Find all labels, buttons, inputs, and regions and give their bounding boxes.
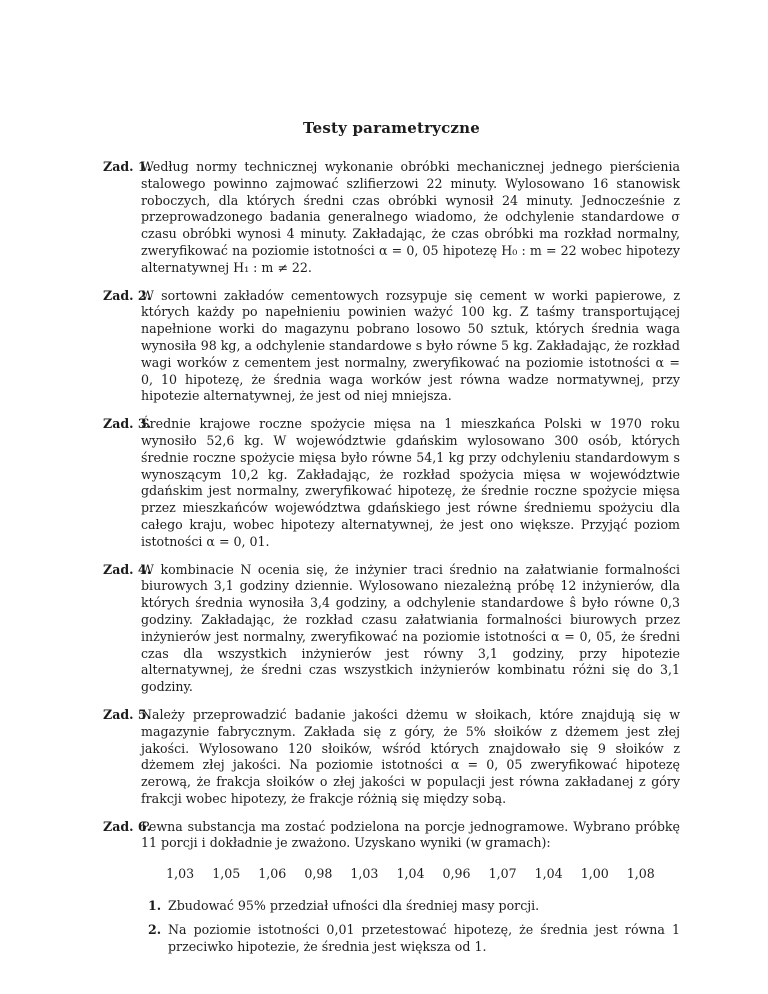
problem-text: Pewna substancja ma zostać podzielona na… (141, 819, 680, 851)
problem-label: Zad. 1. (103, 159, 151, 176)
problem-label: Zad. 4. (103, 562, 151, 579)
problem-item-6: Zad. 6. Pewna substancja ma zostać podzi… (103, 819, 680, 853)
measurement-value: 1,04 (396, 866, 424, 883)
measurement-value: 1,08 (627, 866, 655, 883)
problem-label: Zad. 5. (103, 707, 151, 724)
subtask-label: 1. (148, 898, 161, 915)
problem-item-5: Zad. 5. Należy przeprowadzić badanie jak… (103, 707, 680, 808)
measurement-value: 0,98 (304, 866, 332, 883)
problem-text: Średnie krajowe roczne spożycie mięsa na… (141, 416, 680, 549)
page-title: Testy parametryczne (103, 119, 680, 137)
subtask-text: Na poziomie istotności 0,01 przetestować… (168, 922, 680, 954)
measurement-value: 1,07 (489, 866, 517, 883)
problem-item-4: Zad. 4. W kombinacie N ocenia się, że in… (103, 562, 680, 696)
document-page: Testy parametryczne Zad. 1. Według normy… (0, 0, 768, 994)
problem-text: W sortowni zakładów cementowych rozsypuj… (141, 288, 680, 404)
problem-text: Według normy technicznej wykonanie obrób… (141, 159, 680, 275)
measurement-values: 1,03 1,05 1,06 0,98 1,03 1,04 0,96 1,07 … (141, 866, 680, 883)
measurement-value: 1,06 (258, 866, 286, 883)
problem-text: Należy przeprowadzić badanie jakości dże… (141, 707, 680, 806)
problem-label: Zad. 2. (103, 288, 151, 305)
subtask-text: Zbudować 95% przedział ufności dla średn… (168, 898, 539, 913)
problem-label: Zad. 6. (103, 819, 151, 836)
measurement-value: 1,05 (212, 866, 240, 883)
measurement-value: 1,03 (166, 866, 194, 883)
subtask-label: 2. (148, 922, 161, 939)
problem-item-1: Zad. 1. Według normy technicznej wykonan… (103, 159, 680, 277)
problem-item-2: Zad. 2. W sortowni zakładów cementowych … (103, 288, 680, 406)
measurement-value: 1,03 (350, 866, 378, 883)
problem-text: W kombinacie N ocenia się, że inżynier t… (141, 562, 680, 695)
subtask-item-2: 2. Na poziomie istotności 0,01 przetesto… (141, 922, 680, 956)
subtask-list: 1. Zbudować 95% przedział ufności dla śr… (141, 898, 680, 955)
problem-label: Zad. 3. (103, 416, 151, 433)
measurement-value: 1,04 (535, 866, 563, 883)
subtask-item-1: 1. Zbudować 95% przedział ufności dla śr… (141, 898, 680, 915)
measurement-value: 0,96 (443, 866, 471, 883)
measurement-value: 1,00 (581, 866, 609, 883)
problem-item-3: Zad. 3. Średnie krajowe roczne spożycie … (103, 416, 680, 550)
